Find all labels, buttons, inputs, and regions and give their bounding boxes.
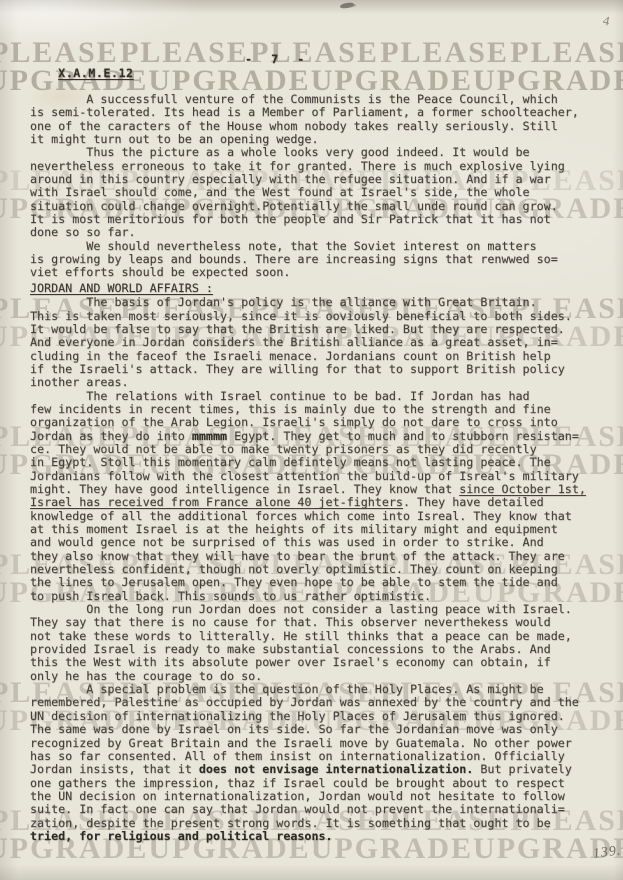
document-line: It is most meritorious for both the peop… [30,213,608,226]
document-line: Jordanians follow with the closest atten… [30,470,608,483]
document-line: is semi-tolerated. Its head is a Member … [30,106,608,119]
document-line: around in this country especially with t… [30,173,608,186]
document-line: suite. In fact one can say that Jordan w… [30,803,608,816]
document-line: A successfull venture of the Communists … [30,93,608,106]
document-line: It would be false to say that the Britis… [30,323,608,336]
document-line: nevertheless confident, though not overl… [30,563,608,576]
document-line: with Israel should come, and the West fo… [30,186,608,199]
document-line: ce. They would not be able to make twent… [30,443,608,456]
pencil-corner-mark: 4 [601,12,611,29]
document-line: this the West with its absolute power ov… [30,656,608,669]
document-line: at this moment Israel is at the heights … [30,523,608,536]
document-line: tried, for religious and political reaso… [30,830,608,843]
document-line: the UN decision on internationalization,… [30,790,608,803]
document-line: to push Isreal back. This sounds to us r… [30,590,608,603]
page-number: - 7 - [245,52,310,66]
document-line: And everyone in Jordan considers the Bri… [30,336,608,349]
document-line: one of the caracters of the House whom n… [30,120,608,133]
document-line: few incidents in recent times, this is m… [30,403,608,416]
document-line: cluding in the faceof the Israeli menace… [30,350,608,363]
document-line: in Egypt. Stoll this momentary calm defi… [30,456,608,469]
ink-smudge [340,2,355,9]
document-line: remembered, Palestine as occupied by Jor… [30,696,608,709]
document-line: inother areas. [30,376,608,389]
document-line: it might turn out to be an opening wedge… [30,133,608,146]
document-line: is growing by leaps and bounds. There ar… [30,253,608,266]
document-line: Israel has received from France alone 40… [30,496,608,509]
section-heading: JORDAN AND WORLD AFFAIRS : [30,282,608,295]
document-line: Thus the picture as a whole looks very g… [30,146,608,159]
document-page: PLEASEPLEASEPLEASEPLEASEPLEASEUPGRADEUPG… [0,0,623,880]
document-line: On the long run Jordan does not consider… [30,603,608,616]
document-line: done so so far. [30,226,608,239]
document-line: knowledge of all the additional forces w… [30,510,608,523]
document-line: and would gence not be surprised of this… [30,536,608,549]
document-line: The basis of Jordan's policy is the alli… [30,296,608,309]
document-body: A successfull venture of the Communists … [30,93,608,843]
document-line: situation could change overnight.Potenti… [30,200,608,213]
document-line: one gathers the impression, thaz if Isra… [30,777,608,790]
document-line: We should nevertheless note, that the So… [30,240,608,253]
document-line: Jordan insists, that it does not envisag… [30,763,608,776]
document-line: organization of the Arab Legion. Israeli… [30,416,608,429]
document-line: nevertheless erroneous to take it for gr… [30,160,608,173]
document-line: This is taken most seriously, since it i… [30,310,608,323]
document-line: UN decision of internationalizing the Ho… [30,710,608,723]
document-line: if the Israeli's attack. They are willin… [30,363,608,376]
document-line: viet efforts should be expected soon. [30,266,608,279]
document-line: might. They have good intelligence in Is… [30,483,608,496]
document-line: not take these words to litterally. He s… [30,630,608,643]
document-line: zation, despite the present strong words… [30,817,608,830]
document-line: A special problem is the question of the… [30,683,608,696]
document-line: they also know that they will have to be… [30,550,608,563]
document-id: X.A.M.E.12 [58,66,133,80]
document-line: The relations with Israel continue to be… [30,390,608,403]
document-line: They say that there is no cause for that… [30,616,608,629]
document-line: recognized by Great Britain and the Isra… [30,737,608,750]
document-line: only he has the courage to do so. [30,670,608,683]
document-line: Jordan as they do into mmmmm Egypt. They… [30,430,608,443]
document-line: provided Israel is ready to make substan… [30,643,608,656]
document-line: the lines to Jerusalem open. They even h… [30,576,608,589]
document-line: The same was done by Israel on its side.… [30,723,608,736]
handwritten-page-note: 139. [592,843,622,862]
